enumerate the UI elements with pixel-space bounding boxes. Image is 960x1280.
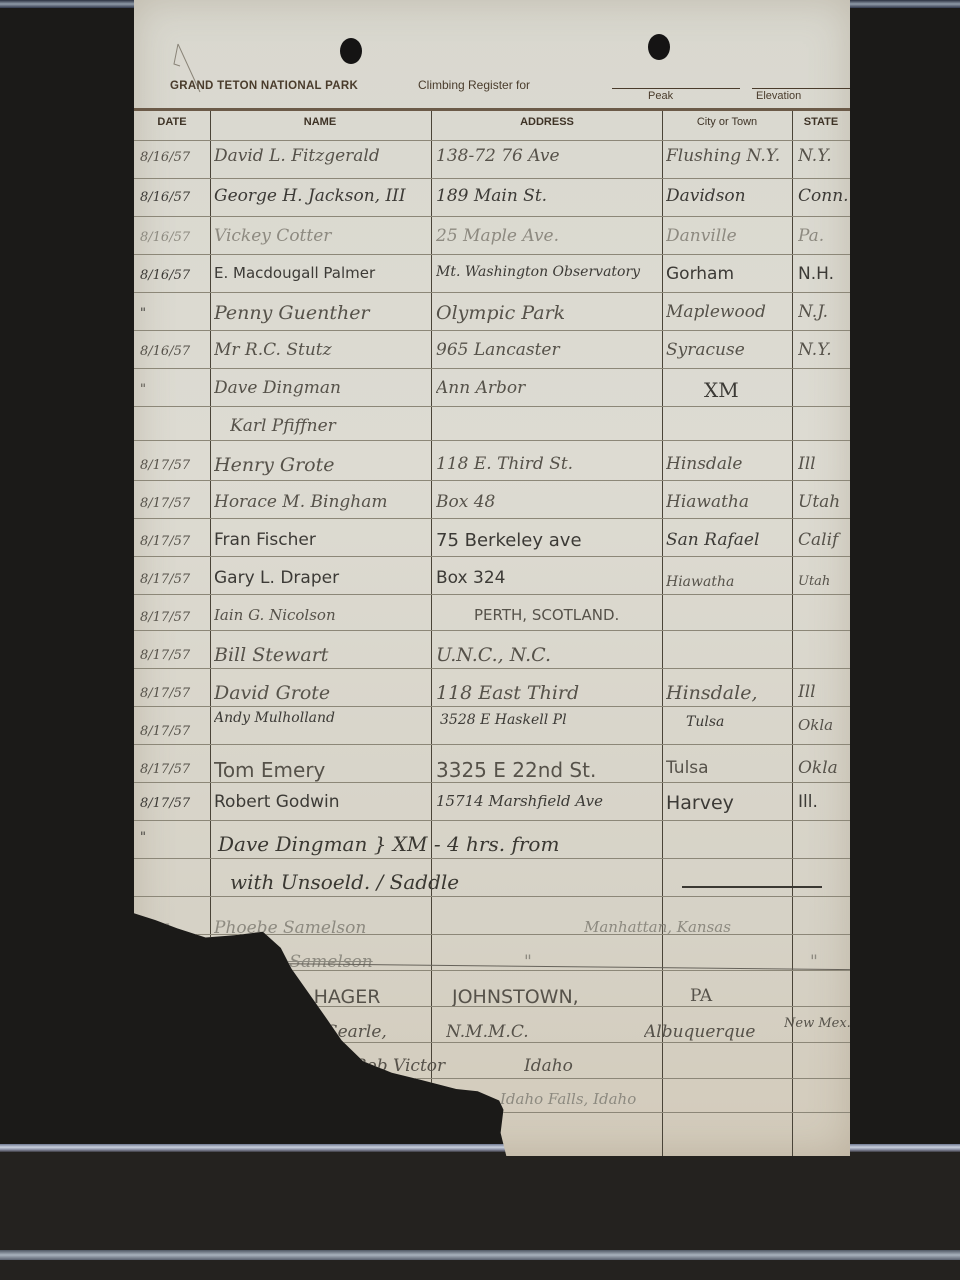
table-row: " Dave Dingman Ann Arbor XM xyxy=(134,372,850,408)
table-row: Dale B. Searle, N.M.M.C. Albuquerque New… xyxy=(134,1016,850,1052)
entry-date: 8/16/57 xyxy=(140,268,204,283)
entry-city: Hiawatha xyxy=(666,492,794,512)
entry-name: Phoebe Samelson xyxy=(214,918,432,938)
entry-state: Okla xyxy=(798,716,850,734)
entry-name: Karl Pfiffner xyxy=(230,416,448,436)
annotation-dingman-line1: Dave Dingman } XM - 4 hrs. from xyxy=(218,832,559,856)
table-row: 8/17/57 Robert Godwin 15714 Marshfield A… xyxy=(134,786,850,822)
entry-city: Syracuse xyxy=(666,340,794,360)
table-row: 8/17/57 Horace M. Bingham Box 48 Hiawath… xyxy=(134,486,850,522)
entry-city: San Rafael xyxy=(666,530,794,550)
ruled-line xyxy=(134,178,850,179)
entry-name: Henry Grote xyxy=(214,454,432,476)
ruled-line xyxy=(134,1042,850,1043)
entry-address: 138-72 76 Ave xyxy=(436,146,664,166)
ruled-line xyxy=(134,480,850,481)
entry-address: Olympic Park xyxy=(436,302,664,324)
entry-name: Vickey Cotter xyxy=(214,226,432,246)
entry-state: N.Y. xyxy=(798,146,850,166)
entry-name: David Grote xyxy=(214,682,432,704)
entry-city: Harvey xyxy=(666,792,794,814)
ruled-line xyxy=(134,292,850,293)
entry-address: JOHNSTOWN, xyxy=(452,986,680,1008)
entry-date: 8/17/57 xyxy=(140,796,204,811)
entry-city: Gorham xyxy=(666,264,794,284)
entry-address: 118 East Third xyxy=(436,682,664,704)
entry-date: 8/16/57 xyxy=(140,344,204,359)
entry-city: Hinsdale xyxy=(666,454,794,474)
entry-name: Bill Stewart xyxy=(214,644,432,666)
entry-name: Bob Victor xyxy=(354,1056,454,1076)
table-row: Bob Victor Idaho xyxy=(134,1050,850,1086)
ruled-line xyxy=(134,1078,850,1079)
elevation-field xyxy=(752,88,850,89)
entry-address: Box 48 xyxy=(436,492,664,512)
ruled-line xyxy=(134,406,850,407)
table-row: 8/16/57 Mr R.C. Stutz 965 Lancaster Syra… xyxy=(134,334,850,370)
column-header-state: STATE xyxy=(792,116,850,128)
ruled-line xyxy=(134,216,850,217)
glass-edge-lower xyxy=(0,1250,960,1260)
elevation-label: Elevation xyxy=(756,90,801,102)
entry-date: " xyxy=(140,382,204,397)
ruled-line xyxy=(134,706,850,707)
entry-state: Utah xyxy=(798,574,850,589)
annotation-underline xyxy=(682,886,822,888)
entry-city: Hinsdale, xyxy=(666,682,794,704)
table-row: 8/17/57 Fran Fischer 75 Berkeley ave San… xyxy=(134,524,850,560)
table-row: 8/17/57 Gary L. Draper Box 324 Hiawatha … xyxy=(134,562,850,598)
ruled-line xyxy=(134,440,850,441)
ruled-line xyxy=(134,140,850,141)
entry-name: Andy Mulholland xyxy=(214,710,432,726)
entry-name: Penny Guenther xyxy=(214,302,432,324)
ruled-line xyxy=(134,594,850,595)
column-header-date: DATE xyxy=(134,116,210,128)
entry-state: Calif xyxy=(798,530,850,550)
table-row: 8/17/57 Andy Mulholland 3528 E Haskell P… xyxy=(134,708,850,744)
entry-city: Tulsa xyxy=(666,758,794,778)
entry-name: Horace M. Bingham xyxy=(214,492,432,512)
table-row: 8/16/57 E. Macdougall Palmer Mt. Washing… xyxy=(134,258,850,294)
entry-address: N.M.M.C. xyxy=(446,1022,556,1042)
entry-state: Ill. xyxy=(798,792,850,812)
entry-state: N.H. xyxy=(798,264,850,284)
entry-date: 8/17/57 xyxy=(140,610,204,625)
entry-address: 965 Lancaster xyxy=(436,340,664,360)
ruled-line xyxy=(134,782,850,783)
entry-date: 8/17 xyxy=(140,922,204,937)
entry-date: 8/16/57 xyxy=(140,190,204,205)
ruled-line xyxy=(134,368,850,369)
entry-date: 8/17/57 xyxy=(140,762,204,777)
peak-label: Peak xyxy=(648,90,673,102)
entry-address: Idaho Falls, Idaho xyxy=(500,1090,740,1108)
ruled-line xyxy=(134,896,850,897)
ruled-line xyxy=(134,518,850,519)
entry-state: Ill xyxy=(798,454,850,474)
entry-state: N.J. xyxy=(798,302,850,322)
table-row: " Penny Guenther Olympic Park Maplewood … xyxy=(134,296,850,332)
entry-city: PA xyxy=(690,986,818,1006)
table-row: Franz Samelson " " xyxy=(134,946,850,982)
entry-address: 15714 Marshfield Ave xyxy=(436,792,664,810)
column-header-address: ADDRESS xyxy=(432,116,662,128)
entry-date: " xyxy=(140,830,204,845)
entry-address: " xyxy=(524,952,554,972)
entry-date: 8/17/57 xyxy=(140,496,204,511)
ruled-line xyxy=(134,934,850,935)
entry-address: 118 E. Third St. xyxy=(436,454,664,474)
entry-address: 189 Main St. xyxy=(436,186,664,206)
table-row: 8/17 Phoebe Samelson Manhattan, Kansas xyxy=(134,912,850,948)
table-row: Idaho Falls, Idaho xyxy=(134,1084,850,1120)
entry-date: 8/16/57 xyxy=(140,230,204,245)
entry-name: Dave Dingman xyxy=(214,378,432,398)
entry-city: Tulsa xyxy=(686,714,814,730)
register-sheet: GRAND TETON NATIONAL PARK Climbing Regis… xyxy=(134,0,850,1156)
entry-date: " xyxy=(140,306,204,321)
binder-hole-right xyxy=(648,34,670,60)
entry-address: 3528 E Haskell Pl xyxy=(440,712,660,728)
ruled-line xyxy=(134,744,850,745)
ruled-line xyxy=(134,1006,850,1007)
entry-city: Flushing N.Y. xyxy=(666,146,794,166)
entry-address: Ann Arbor xyxy=(436,378,664,398)
header-rule xyxy=(134,108,850,111)
ruled-line xyxy=(134,254,850,255)
entry-date: 8/17/57 xyxy=(140,572,204,587)
entry-city: Maplewood xyxy=(666,302,794,322)
entry-address: Mt. Washington Observatory xyxy=(436,264,664,280)
entry-name: Gary L. Draper xyxy=(214,568,432,588)
ruled-line xyxy=(134,970,850,971)
ruled-line xyxy=(134,1112,850,1113)
entry-state: N.Y. xyxy=(798,340,850,360)
column-header-name: NAME xyxy=(210,116,430,128)
entry-date: 8/17/57 xyxy=(140,458,204,473)
entry-city: Hiawatha xyxy=(666,574,794,590)
entry-state: Okla xyxy=(798,758,850,778)
entry-address: Idaho xyxy=(524,1056,624,1076)
table-row: 8/17/57 Henry Grote 118 E. Third St. Hin… xyxy=(134,448,850,484)
register-title: Climbing Register for xyxy=(418,78,530,92)
entry-state: Pa. xyxy=(798,226,850,246)
entry-state: Conn. xyxy=(798,186,850,206)
entry-city: Davidson xyxy=(666,186,794,206)
ruled-line xyxy=(134,820,850,821)
ruled-line xyxy=(134,556,850,557)
entry-name: George H. Jackson, III xyxy=(214,186,432,206)
ruled-line xyxy=(134,630,850,631)
entry-date: 8/17/57 xyxy=(140,686,204,701)
entry-city: Albuquerque xyxy=(644,1022,794,1042)
park-name: GRAND TETON NATIONAL PARK xyxy=(170,80,358,92)
entry-name: Franz Samelson xyxy=(234,952,452,972)
entry-state: Utah xyxy=(798,492,850,512)
ruled-line xyxy=(134,330,850,331)
entry-city: XM xyxy=(704,378,832,402)
entry-date: 8/17/57 xyxy=(140,724,204,739)
entry-name: David L. Fitzgerald xyxy=(214,146,432,166)
entry-date: 8/17/57 xyxy=(140,534,204,549)
table-row: 8/16/57 George H. Jackson, III 189 Main … xyxy=(134,180,850,216)
peak-field xyxy=(612,88,740,89)
entry-date: 8/16/57 xyxy=(140,150,204,165)
entry-address: 3325 E 22nd St. xyxy=(436,758,664,782)
table-row: Roger HAGER JOHNSTOWN, PA xyxy=(134,980,850,1016)
table-row: 8/16/57 Vickey Cotter 25 Maple Ave. Danv… xyxy=(134,220,850,256)
entry-name: Iain G. Nicolson xyxy=(214,606,432,624)
entry-city: Danville xyxy=(666,226,794,246)
entry-address: PERTH, SCOTLAND. xyxy=(474,606,734,624)
entry-name: Roger HAGER xyxy=(252,986,442,1008)
entry-state: Ill xyxy=(798,682,850,702)
entry-address: Box 324 xyxy=(436,568,664,588)
entry-state: New Mex. xyxy=(784,1016,850,1031)
ruled-line xyxy=(134,668,850,669)
entry-address: U.N.C., N.C. xyxy=(436,644,664,666)
entry-name: Fran Fischer xyxy=(214,530,432,550)
column-header-city: City or Town xyxy=(662,116,792,128)
entry-name: Dale B. Searle, xyxy=(258,1022,428,1042)
ruled-line xyxy=(134,858,850,859)
entry-address: 25 Maple Ave. xyxy=(436,226,664,246)
table-row: 8/16/57 David L. Fitzgerald 138-72 76 Av… xyxy=(134,140,850,176)
entry-date: 8/17/57 xyxy=(140,648,204,663)
entry-name: Robert Godwin xyxy=(214,792,432,812)
entry-name: Tom Emery xyxy=(214,758,432,782)
annotation-dingman-line2: with Unsoeld. / Saddle xyxy=(230,870,459,894)
binder-hole-left xyxy=(340,38,362,64)
entry-name: E. Macdougall Palmer xyxy=(214,264,432,282)
entry-name: Mr R.C. Stutz xyxy=(214,340,432,360)
entry-address: 75 Berkeley ave xyxy=(436,530,664,551)
